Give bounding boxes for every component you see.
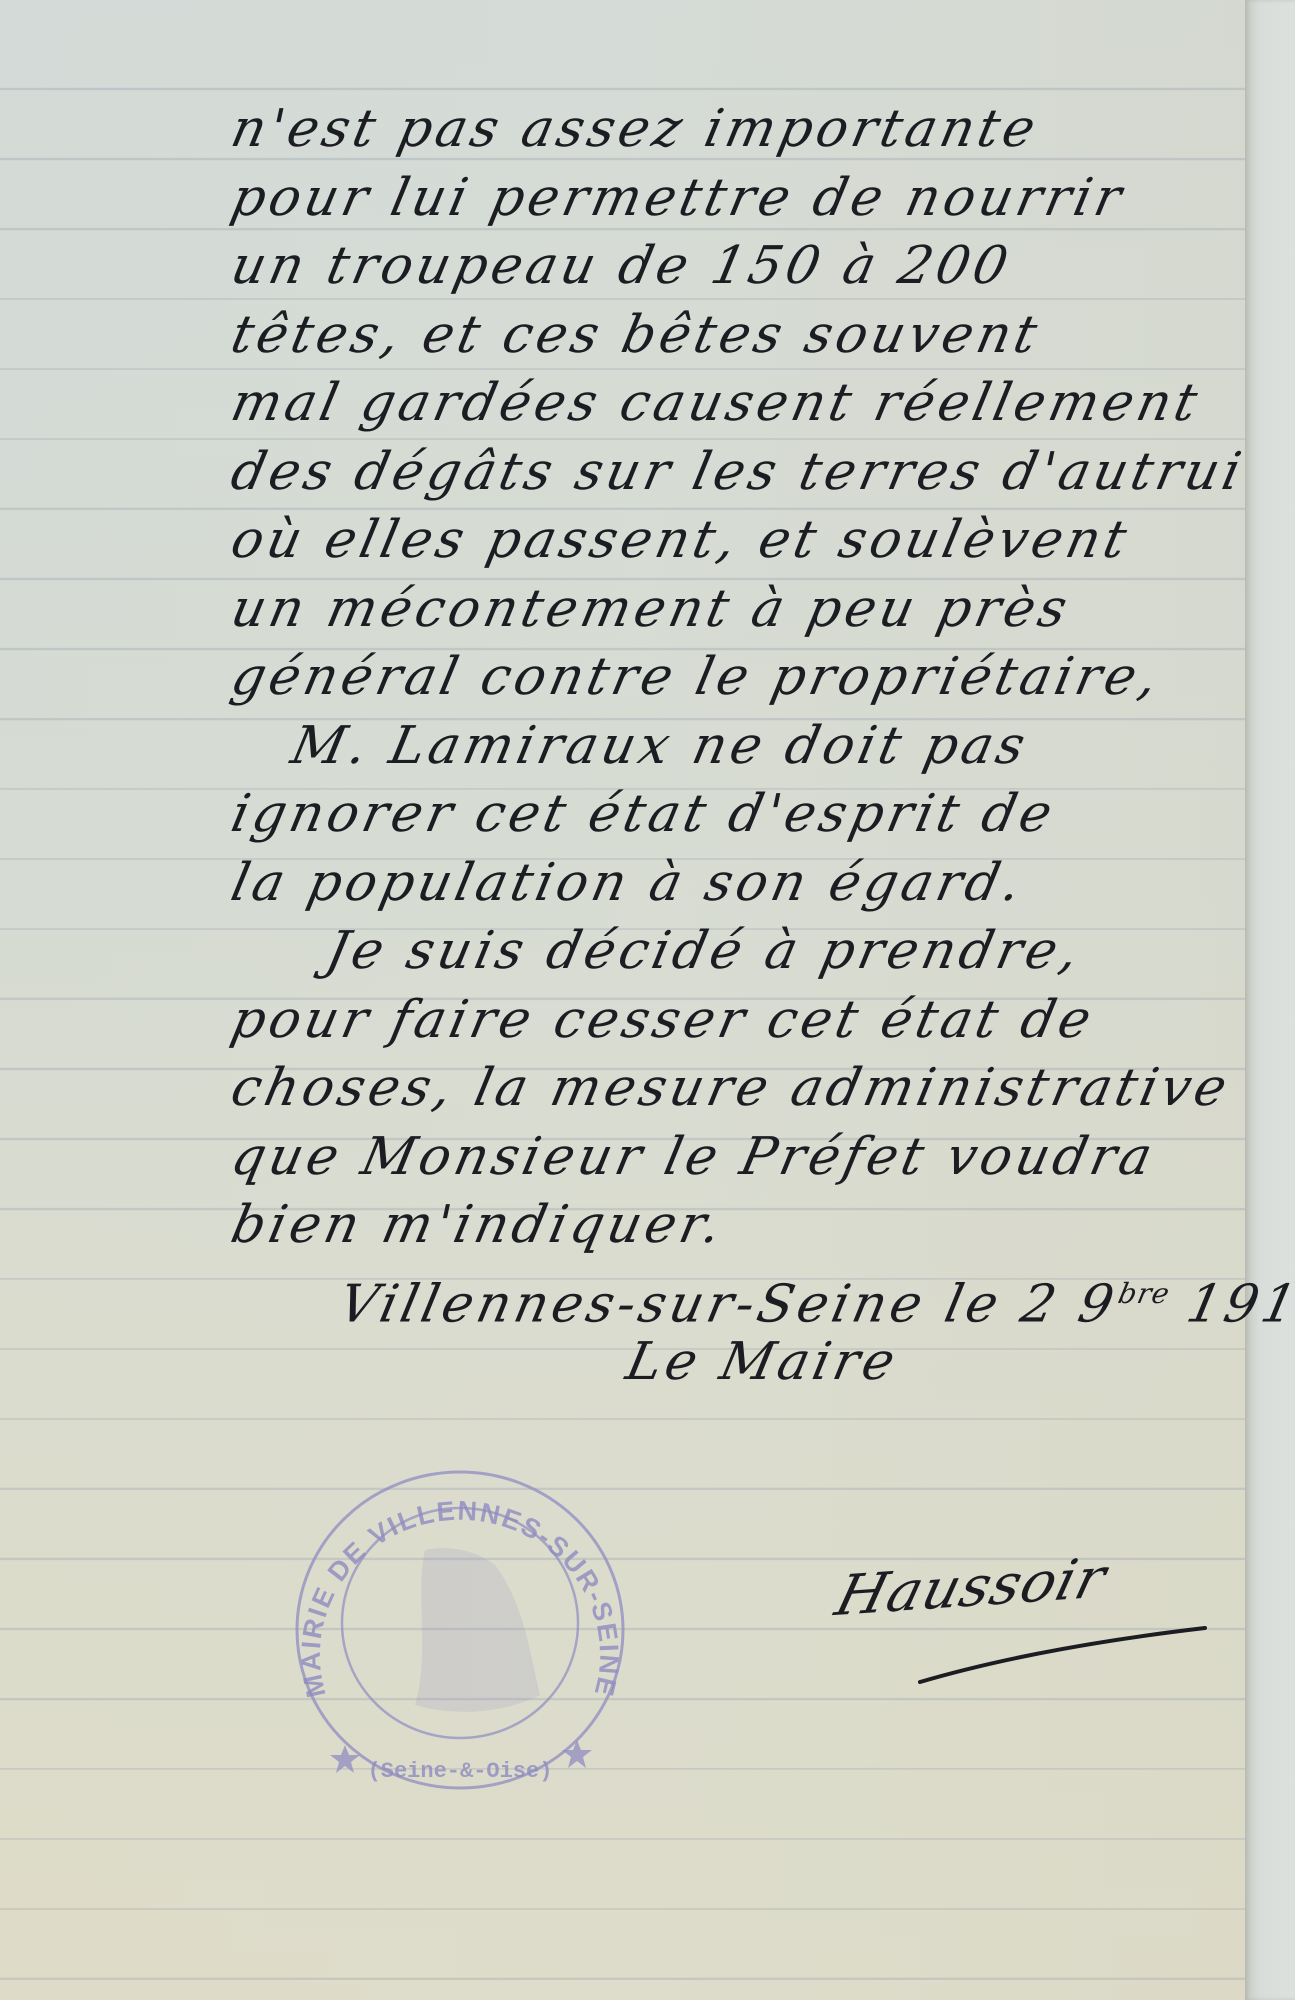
body-line: pour lui permettre de nourrir [225,164,1260,233]
letter-body: n'est pas assez importante pour lui perm… [225,95,1245,1397]
body-line: n'est pas assez importante [225,95,1260,164]
body-line: bien m'indiquer. [225,1191,1260,1260]
body-line: têtes, et ces bêtes souvent [225,301,1260,370]
place-date: Villennes-sur-Seine le 2 9 [334,1274,1123,1334]
document-page: n'est pas assez importante pour lui perm… [0,0,1295,2000]
month-superscript: bre [1115,1277,1173,1310]
body-line: un mécontement à peu près [225,575,1260,644]
signatory-title: Le Maire [225,1328,1260,1397]
stamp-bottom-text: (Seine-&-Oise) [368,1759,553,1784]
body-line: choses, la mesure administrative [225,1054,1260,1123]
body-line: pour faire cesser cet état de [225,986,1260,1055]
body-line: la population à son égard. [225,849,1260,918]
body-line: Je suis décidé à prendre, [225,917,1260,986]
signature-underline [915,1620,1215,1690]
body-line: ignorer cet état d'esprit de [225,780,1260,849]
body-line: des dégâts sur les terres d'autrui [225,438,1260,507]
body-line: un troupeau de 150 à 200 [225,232,1260,301]
body-line: M. Lamiraux ne doit pas [225,712,1260,781]
town-hall-stamp: MAIRIE DE VILLENNES-SUR-SEINE (Seine-&-O… [275,1455,645,1800]
body-line: général contre le propriétaire, [225,643,1260,712]
star-icon [562,1740,592,1768]
place-date-line: Villennes-sur-Seine le 2 9bre 1911. [225,1260,1260,1329]
body-line: que Monsieur le Préfet voudra [225,1123,1260,1192]
year: 1911. [1182,1274,1295,1334]
star-icon [330,1745,360,1773]
body-line: mal gardées causent réellement [225,369,1260,438]
body-line: où elles passent, et soulèvent [225,506,1260,575]
